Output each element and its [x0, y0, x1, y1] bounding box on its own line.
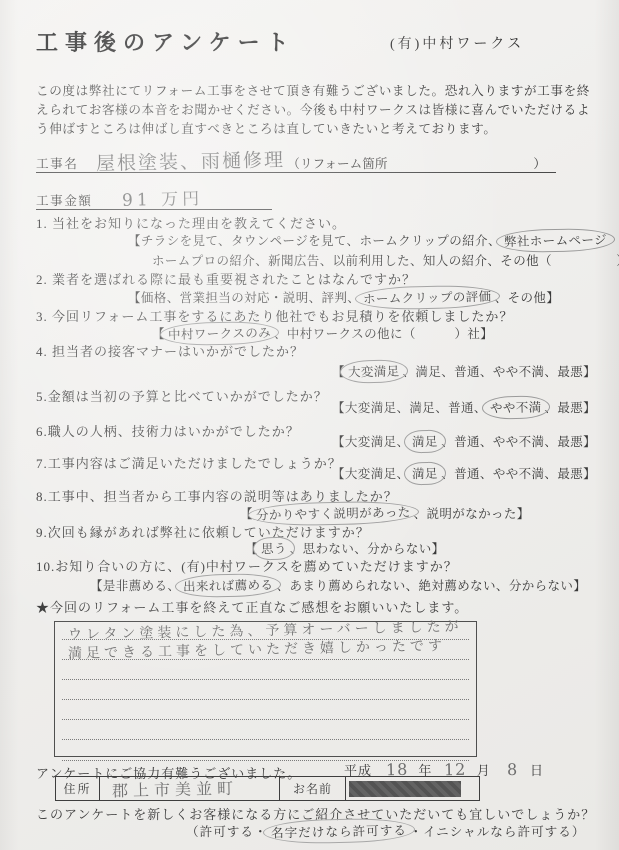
question-6-options: 【大変満足、満足、普通、やや不満、最悪】 — [332, 432, 596, 450]
q1-opt-pre: 【チラシを見て、タウンページを見て、ホームクリップの紹介、 — [128, 234, 501, 248]
work-name-note: （リフォーム箇所 — [287, 153, 387, 172]
address-value-cell: 郡上市美並町 — [100, 777, 280, 800]
form-title: 工事後のアンケート — [36, 26, 296, 57]
address-label: 住所 — [56, 777, 100, 800]
question-1-options-line2: ホームプロの紹介、新聞広告、以前利用した、知人の紹介、その他（ ）】 — [152, 251, 619, 269]
q7-selected-option: 満足 — [404, 462, 446, 486]
q4-opt-post: 、満足、普通、やや不満、最悪】 — [403, 365, 597, 379]
name-value-cell — [346, 777, 479, 800]
q10-opt-post: 、あまり薦められない、絶対薦めない、分からない】 — [277, 579, 587, 593]
q7-opt-post: 、普通、やや不満、最悪】 — [441, 467, 596, 481]
question-2-text: 2. 業者を選ばれる際に最も重要視されたことはなんですか？ — [36, 269, 416, 288]
question-10-text: 10.お知り合いの方に、(有)中村ワークスを薦めていただけますか？ — [36, 556, 458, 575]
q8-opt-post: 、説明がなかった】 — [414, 507, 530, 521]
question-8-options: 【分かりやすく説明があった、説明がなかった】 — [240, 504, 530, 522]
field-work-name: 工事名 屋根塗装、雨樋修理 （リフォーム箇所 ） — [36, 146, 556, 173]
comment-line — [62, 680, 469, 700]
work-name-label: 工事名 — [36, 153, 78, 172]
name-label: お名前 — [280, 777, 346, 800]
amount-value: 91 万円 — [122, 184, 204, 211]
q4-selected-option: 大変満足 — [340, 359, 408, 383]
consent-selected-option: 名字だけなら許可する — [262, 817, 414, 844]
date-day-label: 日 — [530, 760, 544, 779]
star-note: ★今回のリフォーム工事を終えて正直なご感想をお願いいたします。 — [36, 597, 468, 616]
consent-pre: （許可する・ — [186, 825, 268, 839]
scanned-survey-page: 工事後のアンケート (有)中村ワークス この度は弊社にてリフォーム工事をさせて頂… — [0, 0, 619, 850]
question-7-options: 【大変満足、満足、普通、やや不満、最悪】 — [332, 464, 596, 482]
q10-selected-option: 出来れば薦める — [175, 573, 282, 598]
redacted-name-block — [349, 781, 461, 797]
q2-opt-post: 、その他】 — [495, 291, 560, 305]
comment-line: 満足できる工事をしていただき嬉しかったです — [62, 640, 469, 660]
question-4-text: 4. 担当者の接客マナーはいかがでしたか？ — [36, 341, 304, 360]
question-5-options: 【大変満足、満足、普通、やや不満、最悪】 — [332, 398, 596, 416]
question-2-options: 【価格、営業担当の対応・説明、評判、ホームクリップの評価、その他】 — [128, 288, 559, 306]
question-1-text: 1. 当社をお知りになった理由を教えてください。 — [36, 213, 346, 232]
q7-opt-pre: 【大変満足、 — [332, 467, 409, 481]
company-name: (有)中村ワークス — [390, 33, 524, 53]
work-name-value: 屋根塗装、雨樋修理 — [96, 145, 286, 176]
intro-text: この度は弊社にてリフォーム工事をさせて頂き有難うございました。恐れ入りますが工事… — [36, 82, 590, 139]
question-3-options: 【中村ワークスのみ、中村ワークスの他に（ ）社】 — [152, 324, 493, 342]
question-3-text: 3. 今回リフォーム工事をするにあたり他社でもお見積りを依頼しましたか？ — [36, 306, 513, 325]
address-name-table: 住所 郡上市美並町 お名前 — [55, 776, 480, 801]
question-5-text: 5.金額は当初の予算と比べていかがでしたか？ — [36, 386, 328, 405]
comment-line — [62, 700, 469, 720]
q5-opt-post: 、最悪】 — [544, 401, 596, 415]
consent-post: ・イニシャルなら許可する） — [410, 825, 586, 839]
field-amount: 工事金額 91 万円 — [36, 185, 272, 210]
q5-opt-pre: 【大変満足、満足、普通、 — [332, 401, 487, 415]
question-9-options: 【思う、思わない、分からない】 — [245, 539, 445, 557]
comment-line — [62, 740, 469, 760]
consent-options: （許可する・名字だけなら許可する・イニシャルなら許可する） — [186, 821, 585, 840]
q9-opt-post: 、思わない、分からない】 — [290, 542, 445, 556]
address-value: 郡上市美並町 — [112, 776, 238, 802]
question-1-options-line1: 【チラシを見て、タウンページを見て、ホームクリップの紹介、弊社ホームページ — [128, 231, 610, 249]
question-4-options: 【大変満足、満足、普通、やや不満、最悪】 — [332, 362, 596, 380]
q5-selected-option: やや不満 — [482, 395, 550, 419]
q6-opt-post: 、普通、やや不満、最悪】 — [441, 435, 596, 449]
comment-line — [62, 720, 469, 740]
q2-opt-pre: 【価格、営業担当の対応・説明、評判、 — [128, 291, 360, 305]
comment-box: ウレタン塗装にした為、予算オーバーしましたが 満足できる工事をしていただき嬉しか… — [54, 621, 477, 757]
date-day-value: 8 — [507, 760, 519, 779]
question-6-text: 6.職人の人柄、技術力はいかがでしたか？ — [36, 421, 300, 440]
amount-label: 工事金額 — [36, 190, 92, 209]
q1-selected-option: 弊社ホームページ — [496, 228, 615, 253]
question-7-text: 7.工事内容はご満足いただけましたでしょうか？ — [36, 453, 342, 472]
q6-selected-option: 満足 — [404, 430, 446, 454]
q3-opt-post: 、中村ワークスの他に（ ）社】 — [274, 327, 493, 341]
question-10-options: 【是非薦める、出来れば薦める、あまり薦められない、絶対薦めない、分からない】 — [90, 576, 586, 594]
work-name-close-paren: ） — [533, 153, 546, 172]
q10-opt-pre: 【是非薦める、 — [90, 579, 180, 593]
q6-opt-pre: 【大変満足、 — [332, 435, 409, 449]
